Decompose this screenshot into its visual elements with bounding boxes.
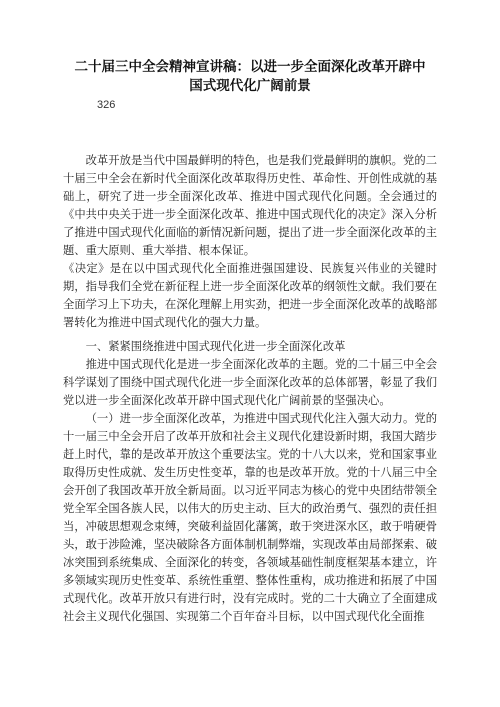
document-title: 二十届三中全会精神宣讲稿：以进一步全面深化改革开辟中国式现代化广阔前景 (72, 57, 428, 95)
body-paragraph-2: 《决定》是在以中国式现代化全面推进强国建设、民族复兴伟业的关键时期，指导我们全党… (63, 260, 437, 332)
body-paragraph-4: （一）进一步全面深化改革，为推进中国式现代化注入强大动力。党的十一届三中全会开启… (63, 410, 437, 626)
body-paragraph-3: 推进中国式现代化是进一步全面深化改革的主题。党的二十届三中全会科学谋划了围绕中国… (63, 356, 437, 410)
body-paragraph-1: 改革开放是当代中国最鲜明的特色，也是我们党最鲜明的旗帜。党的二十届三中全会在新时… (63, 152, 437, 260)
document-number: 326 (97, 99, 437, 112)
section-heading-1: 一、紧紧围绕推进中国式现代化进一步全面深化改革 (63, 338, 437, 356)
document-page: 二十届三中全会精神宣讲稿：以进一步全面深化改革开辟中国式现代化广阔前景 326 … (0, 0, 500, 707)
document-body: 改革开放是当代中国最鲜明的特色，也是我们党最鲜明的旗帜。党的二十届三中全会在新时… (63, 152, 437, 626)
